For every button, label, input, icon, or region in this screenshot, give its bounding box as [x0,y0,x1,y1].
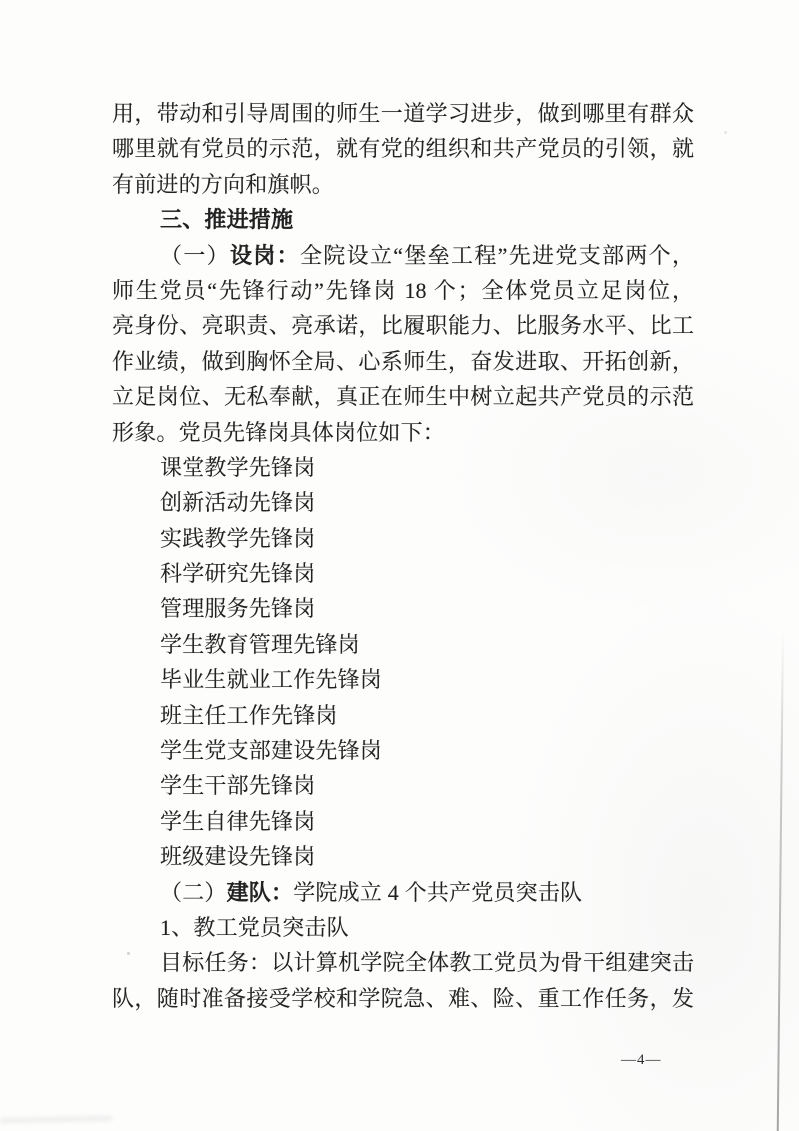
text-line: 亮身份、亮职责、亮承诺，比履职能力、比服务水平、比工 [112,308,694,343]
line-text: 管理服务先锋岗 [160,596,315,621]
line-text: 科学研究先锋岗 [160,561,315,586]
line-text: 学生教育管理先锋岗 [160,632,360,657]
text-line: 1、教工党员突击队 [112,910,694,945]
text-line: 实践教学先锋岗 [112,521,694,556]
text-line: 哪里就有党员的示范，就有党的组织和共产党员的引领，就 [112,131,694,166]
text-line: 学生自律先锋岗 [112,804,694,839]
text-line: 作业绩，做到胸怀全局、心系师生，奋发进取、开拓创新， [112,344,694,379]
text-line: （二）建队：学院成立 4 个共产党员突击队 [112,875,694,910]
text-line: 师生党员“先锋行动”先锋岗 18 个；全体党员立足岗位， [112,273,694,308]
document-page: 用，带动和引导周围的师生一道学习进步，做到哪里有群众哪里就有党员的示范，就有党的… [0,0,799,1131]
line-bold-label: 建队： [227,880,294,905]
line-prefix: （一） [160,243,230,268]
line-text: 1、教工党员突击队 [160,915,349,940]
line-text: 学生干部先锋岗 [160,773,315,798]
line-text: 立足岗位、无私奉献，真正在师生中树立起共产党员的示范 [112,384,694,409]
text-line: 三、推进措施 [112,202,694,237]
scan-smudge [0,1116,112,1123]
text-line: 有前进的方向和旗帜。 [112,167,694,202]
text-line: 立足岗位、无私奉献，真正在师生中树立起共产党员的示范 [112,379,694,414]
text-line: 班主任工作先锋岗 [112,698,694,733]
line-text: 哪里就有党员的示范，就有党的组织和共产党员的引领，就 [112,136,694,161]
line-text: 学院成立 4 个共产党员突击队 [293,880,582,905]
line-text: 创新活动先锋岗 [160,490,315,515]
body-text-column: 用，带动和引导周围的师生一道学习进步，做到哪里有群众哪里就有党员的示范，就有党的… [112,96,694,1016]
text-line: 学生党支部建设先锋岗 [112,733,694,768]
line-bold-label: 设岗： [230,243,300,268]
line-text: 有前进的方向和旗帜。 [112,172,334,197]
line-bold-label: 三、推进措施 [160,207,293,232]
text-line: 毕业生就业工作先锋岗 [112,662,694,697]
text-line: 管理服务先锋岗 [112,591,694,626]
line-text: 实践教学先锋岗 [160,526,315,551]
text-line: 科学研究先锋岗 [112,556,694,591]
text-line: （一）设岗：全院设立“堡垒工程”先进党支部两个， [112,238,694,273]
line-prefix: （二） [160,880,227,905]
text-line: 课堂教学先锋岗 [112,450,694,485]
text-line: 用，带动和引导周围的师生一道学习进步，做到哪里有群众 [112,96,694,131]
text-line: 学生干部先锋岗 [112,768,694,803]
line-text: 亮身份、亮职责、亮承诺，比履职能力、比服务水平、比工 [112,313,694,338]
text-line: 创新活动先锋岗 [112,485,694,520]
scan-speck [127,952,130,955]
line-text: 学生自律先锋岗 [160,809,315,834]
line-text: 学生党支部建设先锋岗 [160,738,382,763]
text-line: 目标任务：以计算机学院全体教工党员为骨干组建突击 [112,945,694,980]
line-text: 作业绩，做到胸怀全局、心系师生，奋发进取、开拓创新， [112,349,694,374]
line-text: 师生党员“先锋行动”先锋岗 18 个；全体党员立足岗位， [112,278,694,303]
line-text: 队，随时准备接受学校和学院急、难、险、重工作任务，发 [112,986,694,1011]
line-text: 目标任务：以计算机学院全体教工党员为骨干组建突击 [160,950,694,975]
text-line: 学生教育管理先锋岗 [112,627,694,662]
line-text: 形象。党员先锋岗具体岗位如下： [112,420,445,445]
page-number: —4— [621,1052,662,1069]
line-text: 班级建设先锋岗 [160,844,315,869]
line-text: 课堂教学先锋岗 [160,455,315,480]
line-text: 毕业生就业工作先锋岗 [160,667,382,692]
text-line: 形象。党员先锋岗具体岗位如下： [112,415,694,450]
text-line: 队，随时准备接受学校和学院急、难、险、重工作任务，发 [112,981,694,1016]
line-text: 全院设立“堡垒工程”先进党支部两个， [300,243,694,268]
scan-edge-line [777,630,784,1131]
line-text: 班主任工作先锋岗 [160,703,338,728]
text-line: 班级建设先锋岗 [112,839,694,874]
scan-speck [724,131,727,134]
line-text: 用，带动和引导周围的师生一道学习进步，做到哪里有群众 [112,101,694,126]
